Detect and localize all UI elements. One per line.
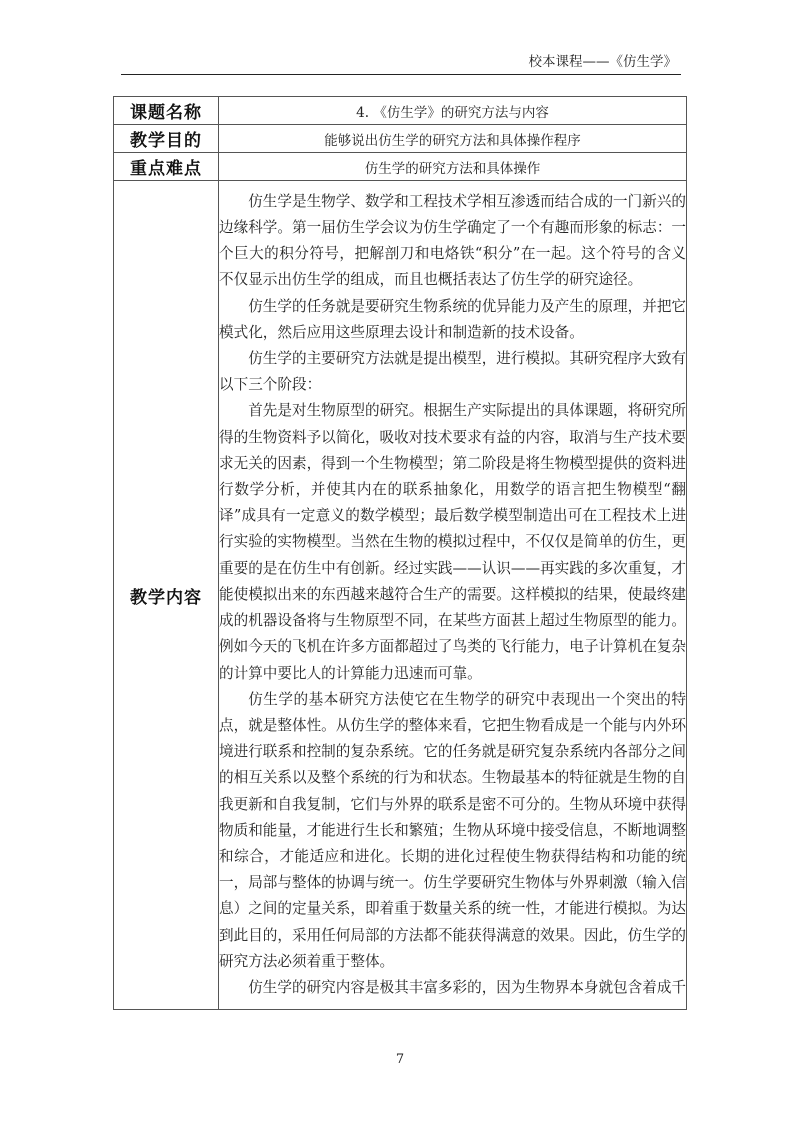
content-body: 仿生学是生物学、数学和工程技术学相互渗透而结合成的一门新兴的边缘科学。第一届仿生… [219,181,687,1010]
page-number: 7 [0,1052,800,1067]
running-title: 校本课程——《仿生学》 [529,54,678,70]
label-content: 教学内容 [114,181,219,1010]
paragraph: 仿生学是生物学、数学和工程技术学相互渗透而结合成的一门新兴的边缘科学。第一届仿生… [219,189,686,294]
running-header: 校本课程——《仿生学》 [121,52,681,75]
paragraph: 首先是对生物原型的研究。根据生产实际提出的具体课题，将研究所得的生物资料予以简化… [219,398,686,686]
row-objective: 教学目的 能够说出仿生学的研究方法和具体操作程序 [114,125,687,153]
lesson-plan-table: 课题名称 4. 《仿生学》的研究方法与内容 教学目的 能够说出仿生学的研究方法和… [113,96,687,1010]
label-topic: 课题名称 [114,97,219,125]
label-objective: 教学目的 [114,125,219,153]
label-key-points: 重点难点 [114,153,219,181]
paragraph: 仿生学的基本研究方法使它在生物学的研究中表现出一个突出的特点，就是整体性。从仿生… [219,687,686,975]
value-objective: 能够说出仿生学的研究方法和具体操作程序 [219,125,687,153]
paragraph: 仿生学的研究内容是极其丰富多彩的，因为生物界本身就包含着成千 [219,975,686,1001]
row-content: 教学内容 仿生学是生物学、数学和工程技术学相互渗透而结合成的一门新兴的边缘科学。… [114,181,687,1010]
value-key-points: 仿生学的研究方法和具体操作 [219,153,687,181]
paragraph: 仿生学的任务就是要研究生物系统的优异能力及产生的原理，并把它模式化，然后应用这些… [219,294,686,346]
row-key-points: 重点难点 仿生学的研究方法和具体操作 [114,153,687,181]
value-topic: 4. 《仿生学》的研究方法与内容 [219,97,687,125]
row-topic: 课题名称 4. 《仿生学》的研究方法与内容 [114,97,687,125]
paragraph: 仿生学的主要研究方法就是提出模型，进行模拟。其研究程序大致有以下三个阶段： [219,346,686,398]
